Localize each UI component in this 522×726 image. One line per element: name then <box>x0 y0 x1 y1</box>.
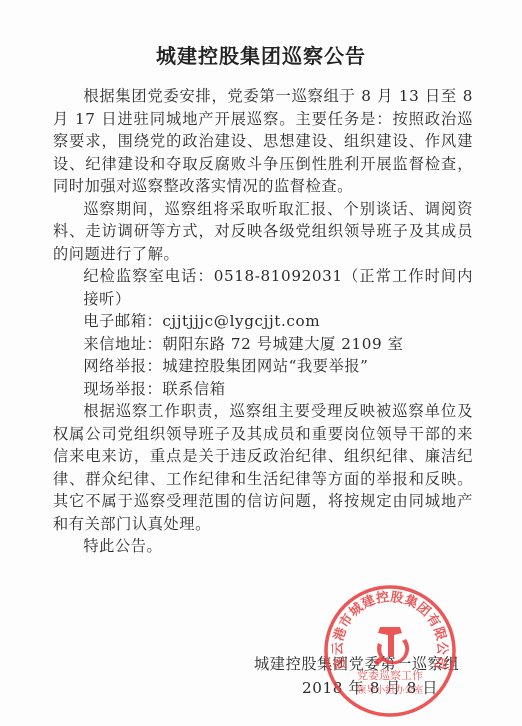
paragraph-inspection-arrangement: 根据集团党委安排，党委第一巡察组于 8 月 13 日至 8 月 17 日进驻同城… <box>53 85 473 198</box>
contact-email-label: 电子邮箱： <box>83 312 162 330</box>
contact-address-label: 来信地址： <box>83 335 162 353</box>
official-seal-stamp: 连云港市城建控股集团有限公司 党委巡察工作 领导小组办公室 <box>322 583 458 719</box>
contact-email: 电子邮箱：cjjtjjjc@lygcjjt.com <box>53 310 473 333</box>
hammer-sickle-icon <box>374 627 409 666</box>
contact-phone-label: 纪检监察室电话： <box>83 267 213 285</box>
paragraph-responsibilities: 根据巡察工作职责，巡察组主要受理反映被巡察单位及权属公司党组织领导班子及其成员和… <box>53 400 473 535</box>
stamp-inner-line2: 领导小组办公室 <box>357 684 424 696</box>
contact-onsite-value: 联系信箱 <box>162 380 225 398</box>
document-body: 根据集团党委安排，党委第一巡察组于 8 月 13 日至 8 月 17 日进驻同城… <box>53 85 473 558</box>
contact-phone: 纪检监察室电话：0518-81092031（正常工作时间内接听） <box>53 265 473 310</box>
paragraph-inspection-methods: 巡察期间，巡察组将采取听取汇报、个别谈话、调阅资料、走访调研等方式，对反映各级党… <box>53 198 473 266</box>
document-title: 城建控股集团巡察公告 <box>0 40 522 69</box>
contact-email-value: cjjtjjjc@lygcjjt.com <box>162 312 320 330</box>
contact-online-label: 网络举报： <box>83 357 162 375</box>
contact-onsite-report: 现场举报：联系信箱 <box>53 378 473 401</box>
contact-address: 来信地址：朝阳东路 72 号城建大厦 2109 室 <box>53 333 473 356</box>
stamp-inner-line1: 党委巡察工作 <box>357 668 423 682</box>
contact-online-report: 网络举报：城建控股集团网站“我要举报” <box>53 355 473 378</box>
contact-onsite-label: 现场举报： <box>83 380 162 398</box>
closing-statement: 特此公告。 <box>53 535 473 558</box>
contact-address-value: 朝阳东路 72 号城建大厦 2109 室 <box>162 335 403 353</box>
contact-online-value: 城建控股集团网站“我要举报” <box>162 357 368 375</box>
